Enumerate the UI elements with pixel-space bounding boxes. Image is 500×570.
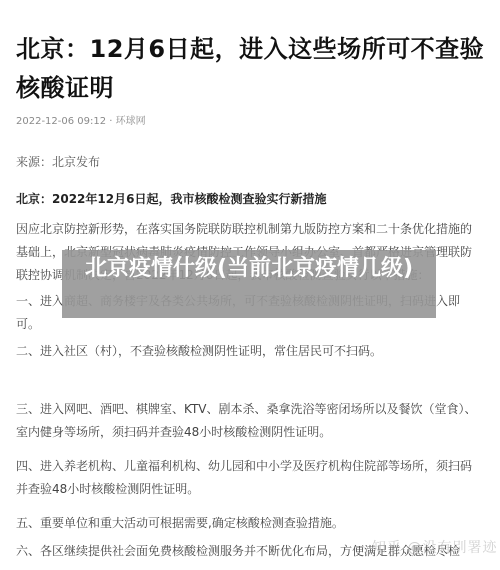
list-item: 二、进入社区（村），不查验核酸检测阴性证明，常住居民可不扫码。 <box>16 340 478 363</box>
overlay-caption: 北京疫情什级(当前北京疫情几级) <box>69 250 429 282</box>
article-subheading: 北京：2022年12月6日起，我市核酸检测查验实行新措施 <box>16 190 326 207</box>
list-item: 四、进入养老机构、儿童福利机构、幼儿园和中小学及医疗机构住院部等场所，须扫码并查… <box>16 455 478 501</box>
article-meta: 2022-12-06 09:12 · 环球网 <box>16 112 146 127</box>
list-item: 五、重要单位和重大活动可根据需要,确定核酸检测查验措施。 <box>16 512 478 535</box>
article-source: 来源：北京发布 <box>16 153 100 170</box>
caption-overlay: 北京疫情什级(当前北京疫情几级) <box>62 250 436 318</box>
list-item: 三、进入网吧、酒吧、棋牌室、KTV、剧本杀、桑拿洗浴等密闭场所以及餐饮（堂食）、… <box>16 398 478 444</box>
article-title: 北京：12月6日起，进入这些场所可不查验核酸证明 <box>16 30 486 108</box>
watermark: 知乎 @没有别署迹 <box>372 537 497 557</box>
